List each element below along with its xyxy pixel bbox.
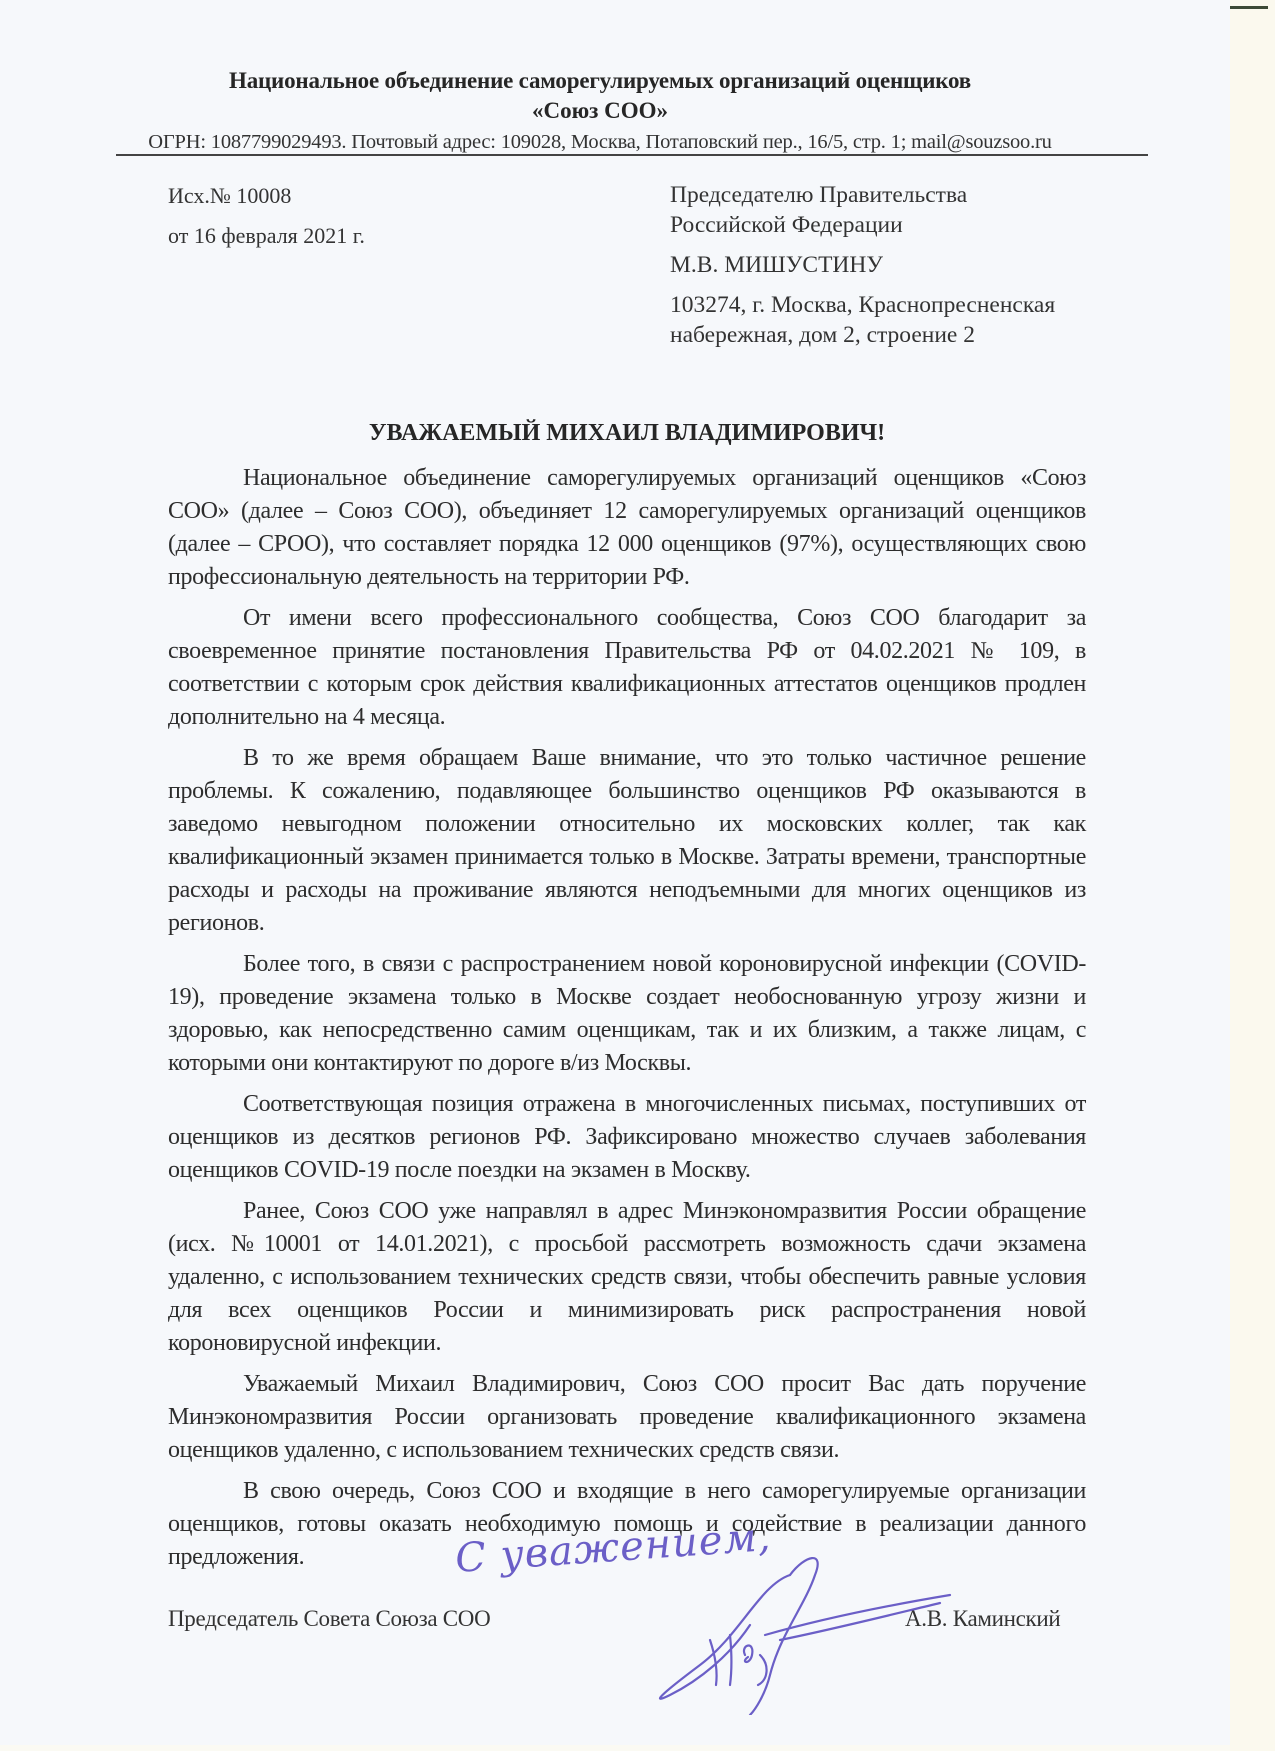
organization-name: Национальное объединение саморегулируемы… — [100, 66, 1100, 96]
outgoing-number: Исх.№ 10008 — [168, 176, 365, 216]
addressee-block: Председателю Правительства Российской Фе… — [670, 180, 1055, 360]
addressee-position-line: Российской Федерации — [670, 210, 1055, 240]
salutation: УВАЖАЕМЫЙ МИХАИЛ ВЛАДИМИРОВИЧ! — [0, 420, 1254, 447]
paragraph: От имени всего профессионального сообщес… — [168, 602, 1086, 734]
scan-edge-mark — [1230, 6, 1268, 9]
signatory-title: Председатель Совета Союза СОО — [168, 1606, 490, 1632]
letter-page: Национальное объединение саморегулируемы… — [0, 0, 1230, 1745]
addressee-position-line: Председателю Правительства — [670, 180, 1055, 210]
paragraph: Ранее, Союз СОО уже направлял в адрес Ми… — [168, 1195, 1086, 1360]
paragraph: Уважаемый Михаил Владимирович, Союз СОО … — [168, 1368, 1086, 1467]
paragraph: Национальное объединение саморегулируемы… — [168, 462, 1086, 594]
letterhead-divider — [116, 154, 1148, 156]
letter-body: Национальное объединение саморегулируемы… — [168, 462, 1086, 1582]
outgoing-reference: Исх.№ 10008 от 16 февраля 2021 г. — [168, 176, 365, 256]
addressee-address-line: 103274, г. Москва, Краснопресненская — [670, 290, 1055, 320]
organization-contacts: ОГРН: 1087799029493. Почтовый адрес: 109… — [100, 128, 1100, 156]
addressee-name: М.В. МИШУСТИНУ — [670, 250, 1055, 280]
outgoing-date: от 16 февраля 2021 г. — [168, 216, 365, 256]
paragraph: Соответствующая позиция отражена в много… — [168, 1088, 1086, 1187]
paragraph: В то же время обращаем Ваше внимание, чт… — [168, 742, 1086, 940]
signatory-name: А.В. Каминский — [905, 1606, 1060, 1632]
organization-short-name: «Союз СОО» — [100, 96, 1100, 126]
addressee-address: 103274, г. Москва, Краснопресненская наб… — [670, 290, 1055, 350]
addressee-position: Председателю Правительства Российской Фе… — [670, 180, 1055, 240]
letterhead: Национальное объединение саморегулируемы… — [100, 66, 1100, 156]
addressee-address-line: набережная, дом 2, строение 2 — [670, 320, 1055, 350]
scan-margin — [1230, 0, 1275, 1751]
paragraph: Более того, в связи с распространением н… — [168, 948, 1086, 1080]
